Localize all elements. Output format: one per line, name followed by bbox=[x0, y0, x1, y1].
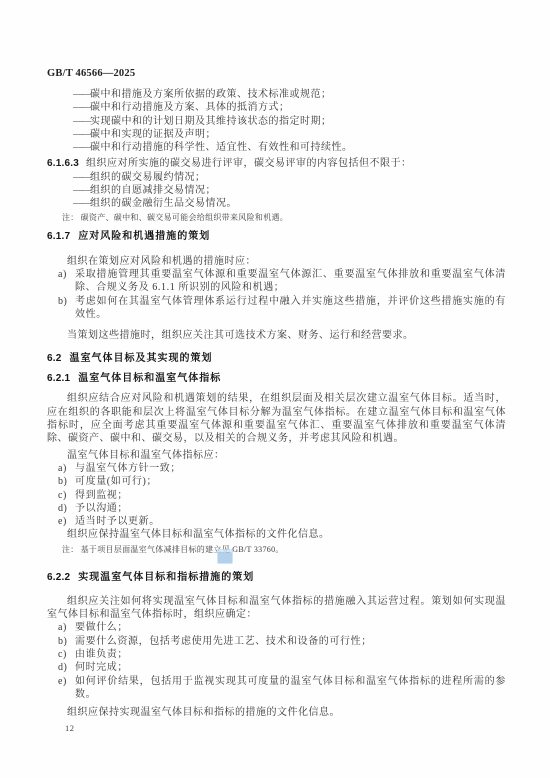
alpha-text: 可度量(如可行)； bbox=[75, 475, 506, 488]
blue-stamp-watermark-icon bbox=[217, 549, 233, 564]
heading-number: 6.2 bbox=[47, 353, 62, 364]
em-dash-marker: —— bbox=[73, 197, 90, 210]
note-text: 碳资产、碳中和、碳交易可能会给组织带来风险和机遇。 bbox=[81, 213, 289, 222]
list-item-text: 组织的自愿减排交易情况； bbox=[90, 184, 216, 197]
em-dash-marker: —— bbox=[73, 88, 90, 101]
alpha-marker: b) bbox=[58, 295, 75, 322]
page-number: 12 bbox=[65, 723, 506, 733]
alpha-marker: b) bbox=[58, 475, 75, 488]
standard-number-header: GB/T 46566—2025 bbox=[47, 68, 506, 79]
heading-number: 6.2.2 bbox=[47, 572, 70, 583]
alpha-marker: d) bbox=[58, 502, 75, 515]
alpha-text: 由谁负责； bbox=[75, 648, 506, 661]
list-item-text: 实现碳中和的计划日期及其维持该状态的指定时期； bbox=[90, 115, 332, 128]
alpha-marker: d) bbox=[58, 661, 75, 674]
list-item: ——实现碳中和的计划日期及其维持该状态的指定时期； bbox=[73, 115, 506, 128]
alpha-list-item: d)何时完成； bbox=[47, 661, 506, 674]
heading-number: 6.2.1 bbox=[47, 373, 70, 384]
list-item: ——碳中和措施及方案所依据的政策、技术标准或规范； bbox=[73, 88, 506, 101]
alpha-marker: c) bbox=[58, 489, 75, 502]
em-dash-marker: —— bbox=[73, 128, 90, 141]
alpha-text: 何时完成； bbox=[75, 661, 506, 674]
para-621: 组织应结合应对风险和机遇策划的结果，在组织层面及相关层次建立温室气体目标。适当时… bbox=[47, 392, 506, 445]
em-dash-marker: —— bbox=[73, 115, 90, 128]
list-item-text: 碳中和实现的证据及声明； bbox=[90, 128, 216, 141]
clause-number: 6.1.6.3 bbox=[47, 158, 79, 169]
carbon-trade-review-list: ——组织的碳交易履约情况； ——组织的自愿减排交易情况； ——组织的碳金融衍生品… bbox=[47, 171, 506, 211]
section-heading-62: 6.2温室气体目标及其实现的策划 bbox=[47, 353, 506, 364]
alpha-list-item: c)由谁负责； bbox=[47, 648, 506, 661]
alpha-text: 如何评价结果，包括用于监视实现其可度量的温室气体目标和温室气体指标的进程所需的参… bbox=[75, 675, 506, 702]
alpha-list-item: e)如何评价结果，包括用于监视实现其可度量的温室气体目标和温室气体指标的进程所需… bbox=[47, 675, 506, 702]
alpha-list-item: a)与温室气体方针一致； bbox=[47, 462, 506, 475]
para-622: 组织应关注如何将实现温室气体目标和温室气体指标的措施融入其运营过程。策划如何实现… bbox=[47, 595, 506, 622]
list-item: ——碳中和实现的证据及声明； bbox=[73, 128, 506, 141]
alpha-marker: a) bbox=[58, 621, 75, 634]
alpha-text: 要做什么； bbox=[75, 621, 506, 634]
section-heading-617: 6.1.7应对风险和机遇措施的策划 bbox=[47, 231, 506, 242]
alpha-list-item: a)采取措施管理其重要温室气体源和重要温室气体源汇、重要温室气体排放和重要温室气… bbox=[47, 268, 506, 295]
heading-number: 6.1.7 bbox=[47, 231, 70, 242]
alpha-list-item: a)要做什么； bbox=[47, 621, 506, 634]
note-1: 注：碳资产、碳中和、碳交易可能会给组织带来风险和机遇。 bbox=[62, 212, 506, 223]
para-621-close: 组织应保持温室气体目标和温室气体指标的文件化信息。 bbox=[47, 528, 506, 541]
heading-title: 应对风险和机遇措施的策划 bbox=[78, 231, 210, 242]
alpha-list-item: e)适当时予以更新。 bbox=[47, 515, 506, 528]
list-item-text: 碳中和行动措施的科学性、适宜性、有效性和可持续性。 bbox=[90, 141, 353, 154]
carbon-neutral-review-list: ——碳中和措施及方案所依据的政策、技术标准或规范； ——碳中和行动措施及方案、具… bbox=[47, 88, 506, 154]
list-item-text: 组织的碳金融衍生品交易情况。 bbox=[90, 197, 237, 210]
em-dash-marker: —— bbox=[73, 184, 90, 197]
list-item: ——碳中和行动措施及方案、具体的抵消方式； bbox=[73, 101, 506, 114]
note-text: 基于项目层面温室气体减排目标的建立见 GB/T 33760。 bbox=[81, 545, 284, 554]
alpha-text: 适当时予以更新。 bbox=[75, 515, 506, 528]
para-617-close: 当策划这些措施时，组织应关注其可选技术方案、财务、运行和经营要求。 bbox=[47, 329, 506, 342]
para-621-lead: 温室气体目标和温室气体指标应： bbox=[47, 449, 506, 462]
section-heading-622: 6.2.2实现温室气体目标和指标措施的策划 bbox=[47, 572, 506, 583]
alpha-marker: e) bbox=[58, 675, 75, 702]
em-dash-marker: —— bbox=[73, 101, 90, 114]
list-item-text: 碳中和措施及方案所依据的政策、技术标准或规范； bbox=[90, 88, 332, 101]
alpha-text: 得到监视； bbox=[75, 489, 506, 502]
section-heading-621: 6.2.1温室气体目标和温室气体指标 bbox=[47, 373, 506, 384]
heading-title: 温室气体目标及其实现的策划 bbox=[70, 353, 213, 364]
heading-title: 温室气体目标和温室气体指标 bbox=[78, 373, 221, 384]
alpha-list-item: b)考虑如何在其温室气体管理体系运行过程中融入并实施这些措施，并评价这些措施实施… bbox=[47, 295, 506, 322]
list-item: ——组织的自愿减排交易情况； bbox=[73, 184, 506, 197]
alpha-marker: a) bbox=[58, 268, 75, 295]
list-item-text: 碳中和行动措施及方案、具体的抵消方式； bbox=[90, 101, 290, 114]
alpha-text: 采取措施管理其重要温室气体源和重要温室气体源汇、重要温室气体排放和重要温室气体清… bbox=[75, 268, 506, 295]
em-dash-marker: —— bbox=[73, 141, 90, 154]
alpha-marker: c) bbox=[58, 648, 75, 661]
list-item-text: 组织的碳交易履约情况； bbox=[90, 171, 206, 184]
alpha-list-item: b)可度量(如可行)； bbox=[47, 475, 506, 488]
alpha-list-item: d)予以沟通； bbox=[47, 502, 506, 515]
em-dash-marker: —— bbox=[73, 171, 90, 184]
alpha-text: 与温室气体方针一致； bbox=[75, 462, 506, 475]
note-label: 注： bbox=[62, 545, 79, 554]
alpha-list-item: b)需要什么资源，包括考虑使用先进工艺、技术和设备的可行性； bbox=[47, 635, 506, 648]
clause-text: 组织应对所实施的碳交易进行评审，碳交易评审的内容包括但不限于： bbox=[86, 158, 412, 169]
list-item: ——碳中和行动措施的科学性、适宜性、有效性和可持续性。 bbox=[73, 141, 506, 154]
note-2: 注：基于项目层面温室气体减排目标的建立见 GB/T 33760。 bbox=[62, 544, 506, 555]
clause-6163: 6.1.6.3组织应对所实施的碳交易进行评审，碳交易评审的内容包括但不限于： bbox=[47, 157, 506, 170]
alpha-marker: b) bbox=[58, 635, 75, 648]
document-page: GB/T 46566—2025 ——碳中和措施及方案所依据的政策、技术标准或规范… bbox=[0, 0, 550, 778]
para-622-close: 组织应保持实现温室气体目标和指标的措施的文件化信息。 bbox=[47, 706, 506, 719]
alpha-marker: a) bbox=[58, 462, 75, 475]
alpha-list-item: c)得到监视； bbox=[47, 489, 506, 502]
alpha-text: 考虑如何在其温室气体管理体系运行过程中融入并实施这些措施，并评价这些措施实施的有… bbox=[75, 295, 506, 322]
alpha-text: 予以沟通； bbox=[75, 502, 506, 515]
para-617-intro: 组织在策划应对风险和机遇的措施时应： bbox=[47, 255, 506, 268]
note-label: 注： bbox=[62, 213, 79, 222]
alpha-marker: e) bbox=[58, 515, 75, 528]
heading-title: 实现温室气体目标和指标措施的策划 bbox=[78, 572, 254, 583]
list-item: ——组织的碳交易履约情况； bbox=[73, 171, 506, 184]
alpha-text: 需要什么资源，包括考虑使用先进工艺、技术和设备的可行性； bbox=[75, 635, 506, 648]
list-item: ——组织的碳金融衍生品交易情况。 bbox=[73, 197, 506, 210]
